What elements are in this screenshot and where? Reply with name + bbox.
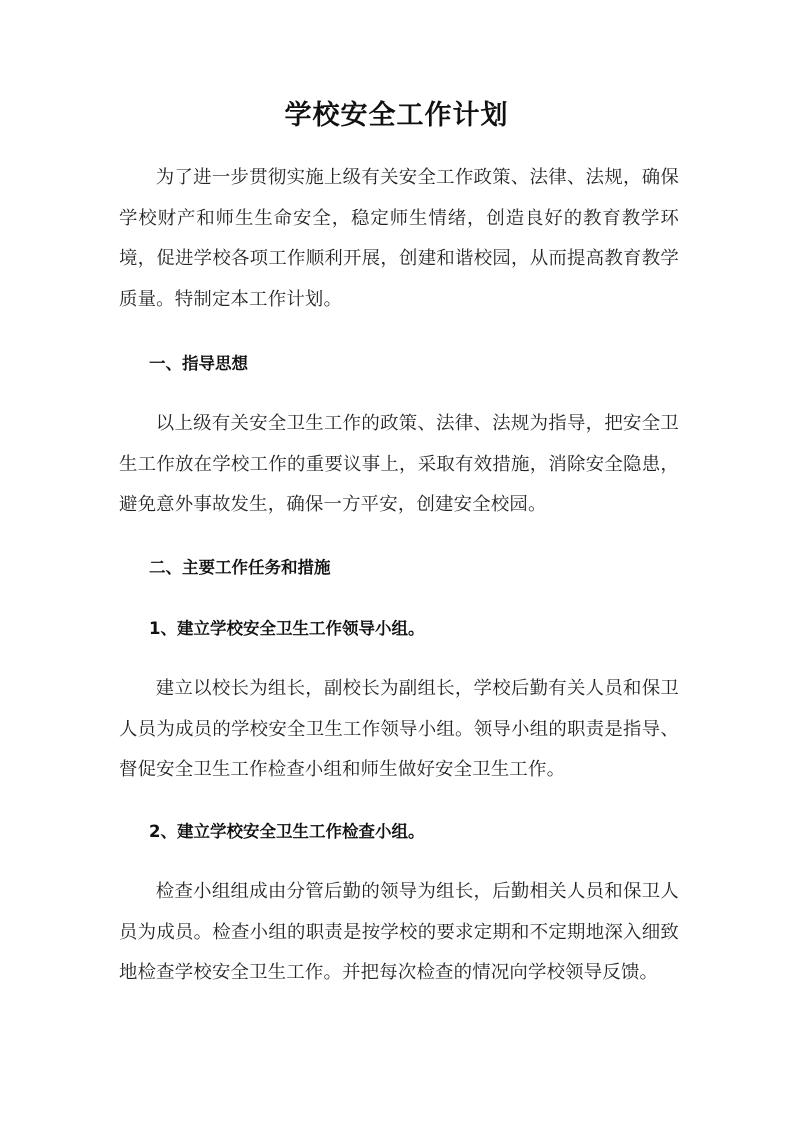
document-page: 学校安全工作计划 为了进一步贯彻实施上级有关安全工作政策、法律、法规，确保学校财… (0, 0, 793, 1122)
guiding-ideology-paragraph: 以上级有关安全卫生工作的政策、法律、法规为指导，把安全卫生工作放在学校工作的重要… (119, 404, 679, 526)
subsection-heading-leadership-group: 1、建立学校安全卫生工作领导小组。 (149, 617, 424, 641)
section-heading-main-tasks: 二、主要工作任务和措施 (149, 556, 331, 580)
section-heading-guiding-ideology: 一、指导思想 (149, 352, 248, 376)
leadership-group-paragraph: 建立以校长为组长，副校长为副组长，学校后勤有关人员和保卫人员为成员的学校安全卫生… (119, 669, 679, 791)
document-title: 学校安全工作计划 (0, 96, 793, 136)
intro-paragraph: 为了进一步贯彻实施上级有关安全工作政策、法律、法规，确保学校财产和师生生命安全，… (119, 158, 679, 320)
inspection-group-paragraph: 检查小组组成由分管后勤的领导为组长，后勤相关人员和保卫人员为成员。检查小组的职责… (119, 872, 679, 994)
subsection-heading-inspection-group: 2、建立学校安全卫生工作检查小组。 (149, 820, 424, 844)
